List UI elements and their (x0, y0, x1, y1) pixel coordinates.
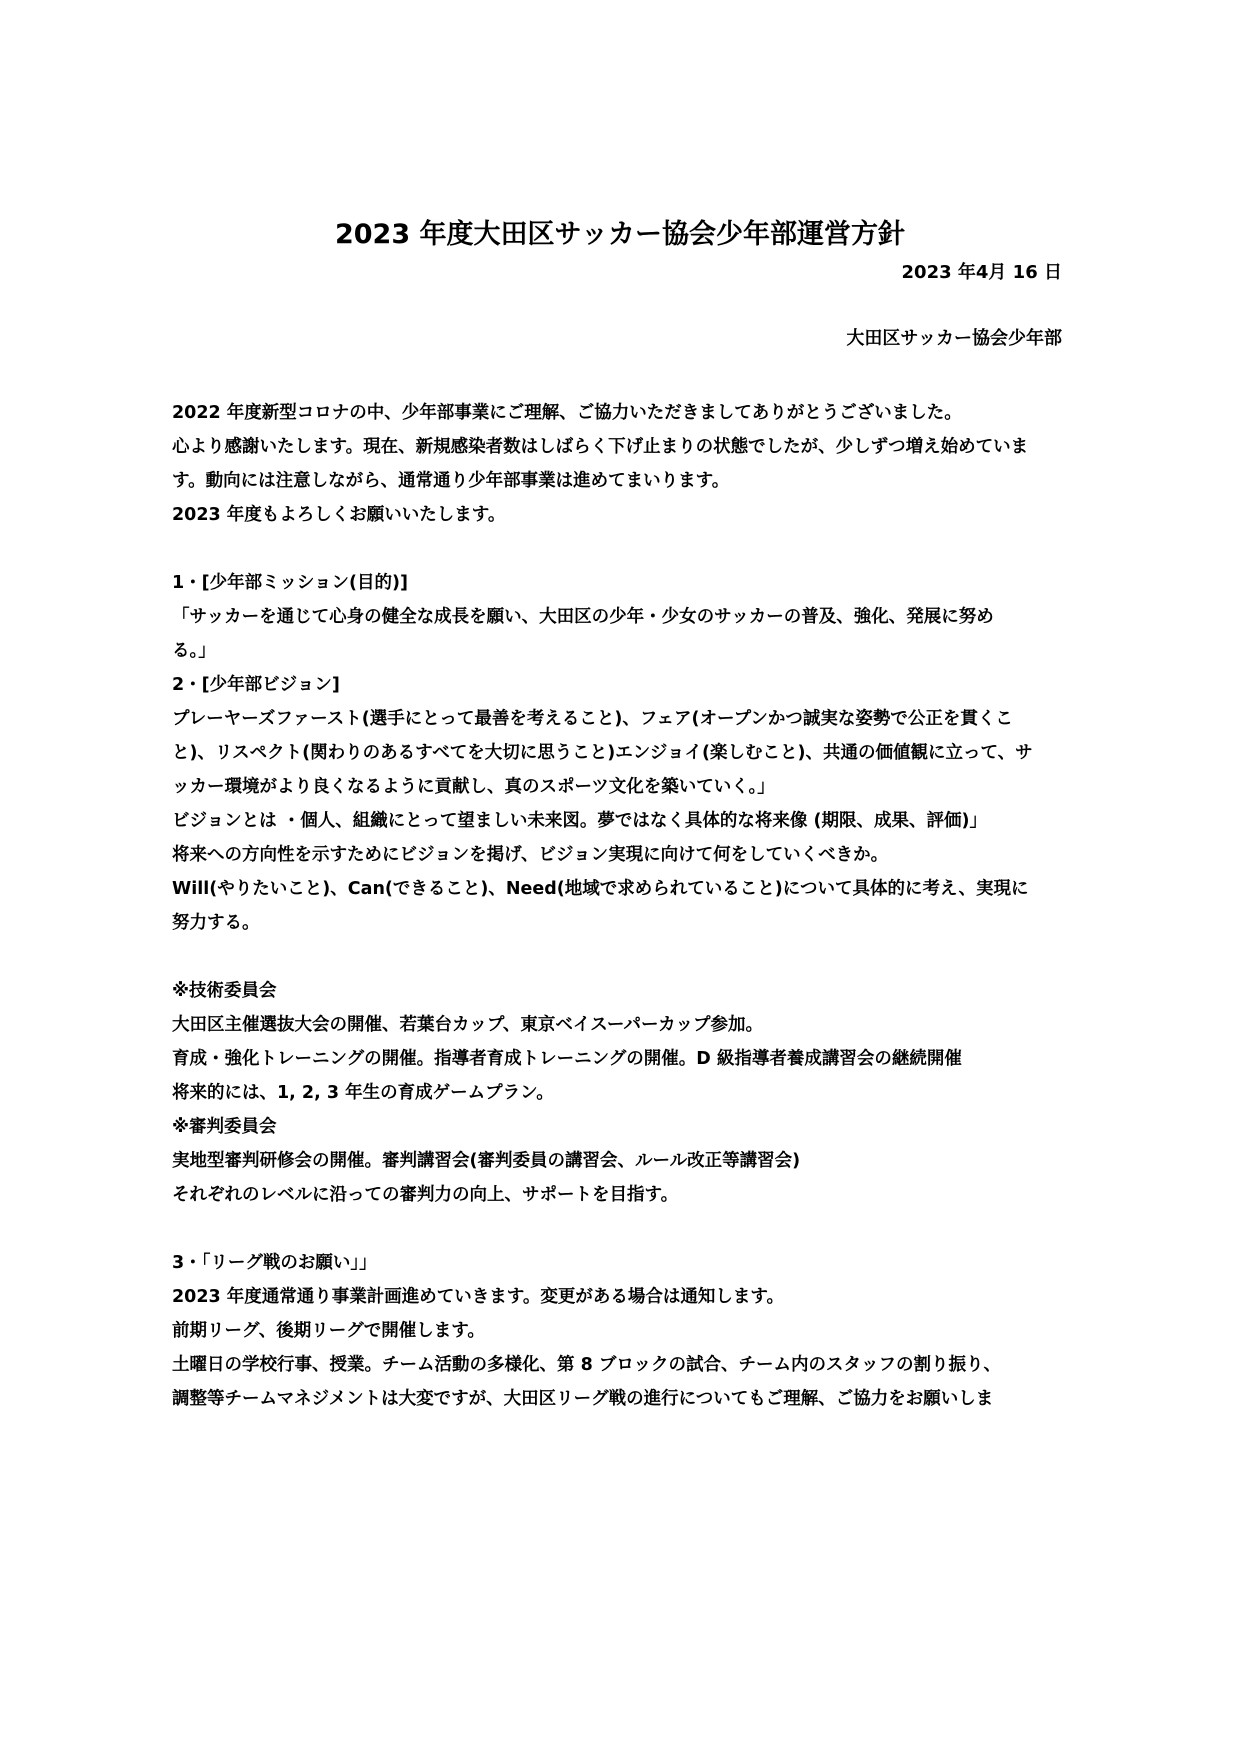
spacer (172, 1212, 1072, 1246)
intro-line: 2022 年度新型コロナの中、少年部事業にご理解、ご協力いただきましてありがとう… (172, 396, 1072, 430)
section3-line: 調整等チームマネジメントは大変ですが、大田区リーグ戦の進行についてもご理解、ご協… (172, 1382, 1072, 1416)
spacer (172, 532, 1072, 566)
technical-committee-line: 将来的には、1, 2, 3 年生の育成ゲームプラン。 (172, 1076, 1072, 1110)
section3-line: 2023 年度通常通り事業計画進めていきます。変更がある場合は通知します。 (172, 1280, 1072, 1314)
section3-line: 土曜日の学校行事、授業。チーム活動の多様化、第 8 ブロックの試合、チーム内のス… (172, 1348, 1072, 1382)
referee-committee-line: 実地型審判研修会の開催。審判講習会(審判委員の講習会、ルール改正等講習会) (172, 1144, 1072, 1178)
technical-committee-line: 育成・強化トレーニングの開催。指導者育成トレーニングの開催。D 級指導者養成講習… (172, 1042, 1072, 1076)
referee-committee-line: それぞれのレベルに沿っての審判力の向上、サポートを目指す。 (172, 1178, 1072, 1212)
section1-heading: 1・[少年部ミッション(目的)] (172, 566, 1072, 600)
document-date: 2023 年4月 16 日 (902, 258, 1062, 284)
section1-line: る。」 (172, 634, 1072, 668)
technical-committee-heading: ※技術委員会 (172, 974, 1072, 1008)
section2-line: と)、リスペクト(関わりのあるすべてを大切に思うこと)エンジョイ(楽しむこと)、… (172, 736, 1072, 770)
section1-line: 「サッカーを通じて心身の健全な成長を願い、大田区の少年・少女のサッカーの普及、強… (172, 600, 1072, 634)
section2-line: ビジョンとは ・個人、組織にとって望ましい未来図。夢ではなく具体的な将来像 (期… (172, 804, 1072, 838)
section2-line: ッカー環境がより良くなるように貢献し、真のスポーツ文化を築いていく。」 (172, 770, 1072, 804)
intro-line: 2023 年度もよろしくお願いいたします。 (172, 498, 1072, 532)
section2-line: Will(やりたいこと)、Can(できること)、Need(地域で求められているこ… (172, 872, 1072, 906)
document-body: 2022 年度新型コロナの中、少年部事業にご理解、ご協力いただきましてありがとう… (172, 396, 1072, 1416)
section2-line: 将来への方向性を示すためにビジョンを掲げ、ビジョン実現に向けて何をしていくべきか… (172, 838, 1072, 872)
section3-heading: 3・「リーグ戦のお願い」」 (172, 1246, 1072, 1280)
section2-line: 努力する。 (172, 906, 1072, 940)
spacer (172, 940, 1072, 974)
technical-committee-line: 大田区主催選抜大会の開催、若葉台カップ、東京ベイスーパーカップ参加。 (172, 1008, 1072, 1042)
referee-committee-heading: ※審判委員会 (172, 1110, 1072, 1144)
section2-heading: 2・[少年部ビジョン] (172, 668, 1072, 702)
document-organization: 大田区サッカー協会少年部 (846, 324, 1062, 350)
intro-line: 心より感謝いたします。現在、新規感染者数はしばらく下げ止まりの状態でしたが、少し… (172, 430, 1072, 464)
section2-line: プレーヤーズファースト(選手にとって最善を考えること)、フェア(オープンかつ誠実… (172, 702, 1072, 736)
intro-line: す。動向には注意しながら、通常通り少年部事業は進めてまいります。 (172, 464, 1072, 498)
document-title: 2023 年度大田区サッカー協会少年部運営方針 (0, 212, 1240, 251)
section3-line: 前期リーグ、後期リーグで開催します。 (172, 1314, 1072, 1348)
